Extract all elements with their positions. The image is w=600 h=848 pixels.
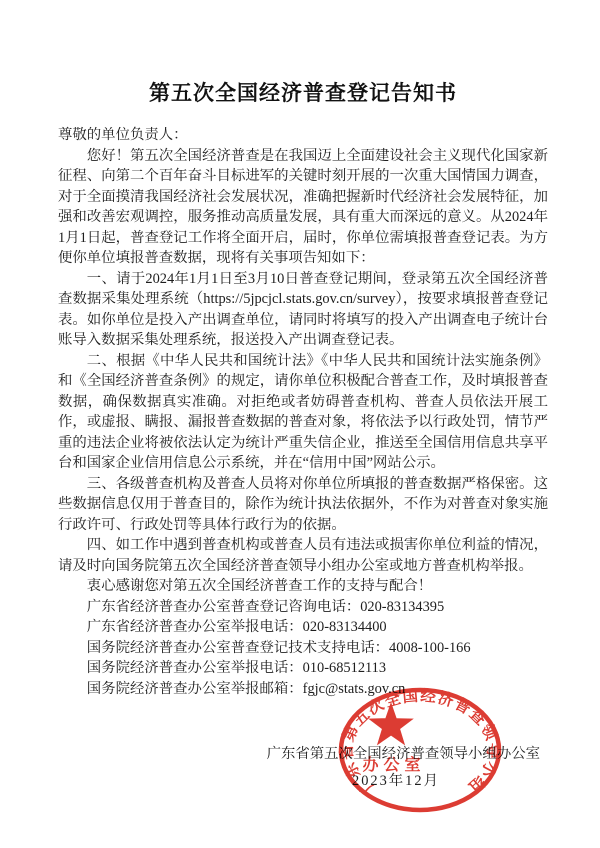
- contact-line-3: 国务院经济普查办公室普查登记技术支持电话：4008-100-166: [58, 638, 548, 659]
- document-title: 第五次全国经济普查登记告知书: [58, 78, 548, 108]
- contact-line-1: 广东省经济普查办公室普查登记咨询电话：020-83134395: [58, 597, 548, 618]
- contact-line-4: 国务院经济普查办公室举报电话：010-68512113: [58, 658, 548, 679]
- document-content: 第五次全国经济普查登记告知书 尊敬的单位负责人： 您好！第五次全国经济普查是在我…: [58, 78, 548, 699]
- official-seal: 广东省第五次全国经济普查领导小组 办公室: [336, 686, 502, 814]
- notice-item-1: 一、请于2024年1月1日至3月10日普查登记期间，登录第五次全国经济普查数据采…: [58, 269, 548, 351]
- thanks-line: 衷心感谢您对第五次全国经济普查工作的支持与配合！: [58, 576, 548, 597]
- seal-office-text: 办公室: [362, 755, 425, 774]
- notice-item-4: 四、如工作中遇到普查机构或普查人员有违法或损害你单位利益的情况，请及时向国务院第…: [58, 535, 548, 576]
- notice-item-2: 二、根据《中华人民共和国统计法》《中华人民共和国统计法实施条例》和《全国经济普查…: [58, 351, 548, 474]
- svg-text:广东省第五次全国经济普查领导小组: 广东省第五次全国经济普查领导小组: [338, 686, 502, 798]
- seal-ring-text: 广东省第五次全国经济普查领导小组: [338, 686, 502, 798]
- salutation: 尊敬的单位负责人：: [58, 125, 548, 146]
- intro-paragraph: 您好！第五次全国经济普查是在我国迈上全面建设社会主义现代化国家新征程、向第二个百…: [58, 146, 548, 269]
- notice-item-3: 三、各级普查机构及普查人员将对你单位所填报的普查数据严格保密。这些数据信息仅用于…: [58, 474, 548, 536]
- notice-document-page: 第五次全国经济普查登记告知书 尊敬的单位负责人： 您好！第五次全国经济普查是在我…: [0, 0, 600, 848]
- document-body: 尊敬的单位负责人： 您好！第五次全国经济普查是在我国迈上全面建设社会主义现代化国…: [58, 125, 548, 699]
- contact-line-2: 广东省经济普查办公室举报电话：020-83134400: [58, 617, 548, 638]
